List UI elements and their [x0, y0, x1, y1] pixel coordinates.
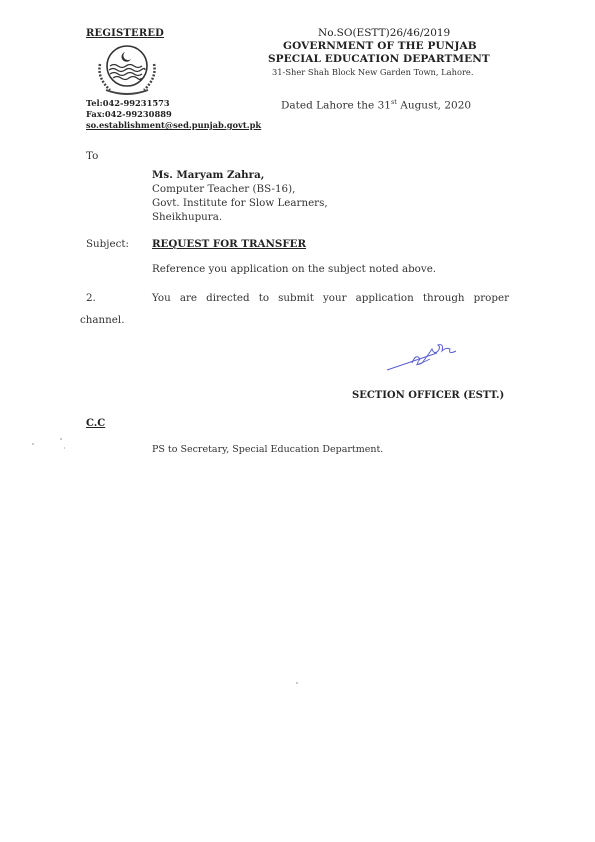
registered-label: REGISTERED — [86, 28, 164, 39]
department-title: SPECIAL EDUCATION DEPARTMENT — [268, 53, 490, 65]
date-line: Dated Lahore the 31st August, 2020 — [281, 98, 471, 112]
paragraph-2: You are directed to submit your applicat… — [152, 292, 509, 304]
to-label: To — [86, 150, 98, 162]
telephone: Tel:042-99231573 — [86, 98, 170, 108]
scan-speck — [296, 682, 298, 684]
department-address: 31-Sher Shah Block New Garden Town, Laho… — [272, 67, 473, 77]
cc-recipient: PS to Secretary, Special Education Depar… — [152, 444, 383, 455]
cc-label: C.C — [86, 418, 105, 429]
date-rest: August, 2020 — [397, 100, 471, 112]
subject-text: REQUEST FOR TRANSFER — [152, 238, 306, 250]
date-prefix: Dated Lahore the 31 — [281, 100, 391, 112]
scan-speck — [60, 438, 62, 440]
paragraph-number: 2. — [86, 292, 96, 304]
recipient-line: Govt. Institute for Slow Learners, — [152, 197, 328, 209]
government-title: GOVERNMENT OF THE PUNJAB — [283, 40, 477, 52]
paragraph-2-continuation: channel. — [80, 314, 124, 326]
recipient-line: Sheikhupura. — [152, 211, 222, 223]
scan-speck — [64, 447, 65, 449]
subject-label: Subject: — [86, 238, 129, 250]
recipient-name: Ms. Maryam Zahra, — [152, 169, 264, 181]
reference-paragraph: Reference you application on the subject… — [152, 263, 436, 275]
scan-speck — [32, 443, 34, 445]
reference-number: No.SO(ESTT)26/46/2019 — [318, 27, 450, 39]
recipient-line: Computer Teacher (BS-16), — [152, 183, 295, 195]
fax: Fax:042-99230889 — [86, 109, 172, 119]
email-link[interactable]: so.establishment@sed.punjab.govt.pk — [86, 120, 261, 130]
signatory-title: SECTION OFFICER (ESTT.) — [352, 390, 504, 401]
punjab-emblem-icon — [92, 42, 162, 98]
signature-icon — [382, 335, 462, 375]
